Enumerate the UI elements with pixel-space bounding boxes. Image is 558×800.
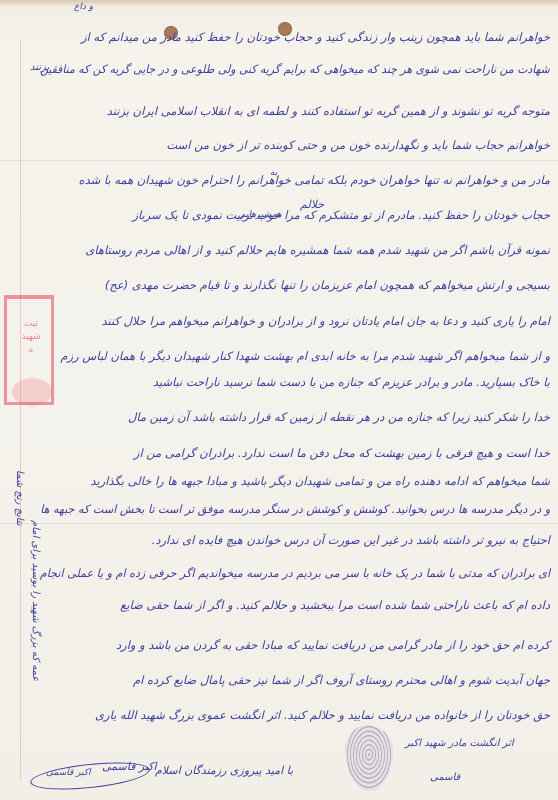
letter-line: متوجه گریه تو نشوند و از همین گریه تو اس… xyxy=(107,104,550,118)
thumbprint-caption-line1: اثر انگشت مادر شهید اکبر xyxy=(405,738,514,749)
letter-line: خدا را شکر کنید زیرا که جنازه من در هر ن… xyxy=(128,410,550,424)
stamp-text: ثبت شهید ه xyxy=(16,318,46,357)
closing-text: با امید پیروزی رزمندگان اسلام xyxy=(155,764,293,777)
paper-fold xyxy=(0,523,558,524)
letter-line: خدا است و هیچ فرقی با زمین بهشت که محل د… xyxy=(134,446,550,460)
letter-line: ای برادران که مدتی با شما در یک خانه با … xyxy=(40,566,550,580)
letter-line: کرده ام حق خود را از مادر گرامی من دریاف… xyxy=(116,638,550,652)
letter-line: شهادت من ناراحت نمی شوی هر چند که میخواه… xyxy=(40,62,550,76)
top-annotation: و داع xyxy=(74,2,93,12)
letter-line: حجاب خودتان را حفظ کنید. مادرم از تو متش… xyxy=(133,208,551,222)
oval-signature-text: اکبر قاسمی xyxy=(46,768,91,778)
letter-line: داده ام که باعث ناراحتی شما شده است مرا … xyxy=(120,598,550,612)
thumbprint xyxy=(345,725,393,791)
letter-line: با خاک بسپارید. مادر و برادر عزیزم که جن… xyxy=(153,375,550,389)
letter-line: خواهرانم حجاب شما باید و نگهدارنده خون م… xyxy=(166,138,550,152)
letter-line: مادر من و خواهرانم نه تنها خواهران خودم … xyxy=(79,173,550,187)
letter-line: احتیاج به نیرو تر داشته باشد در غیر این … xyxy=(152,533,550,547)
thumbprint-caption-line2: قاسمی xyxy=(430,772,460,783)
letter-line: و از شما میخواهم اگر شهید شدم مرا به خان… xyxy=(60,349,550,363)
paper-fold xyxy=(0,160,558,161)
letter-line: شما میخواهم که ادامه دهنده راه من و تمام… xyxy=(90,474,550,488)
letter-line: امام را یاری کنید و دعا به جان امام یادت… xyxy=(101,314,550,328)
letter-line: نمونه قرآن باشم اگر من شهید شدم همه شما … xyxy=(85,243,550,257)
stamp-emblem xyxy=(12,378,52,406)
letter-line: و در دیگر مدرسه ها درس بخوانید. کوشش و ک… xyxy=(40,502,550,516)
letter-line: خواهرانم شما باید همچون زینب وار زندگی ک… xyxy=(81,30,550,44)
left-margin-rule xyxy=(20,40,21,780)
letter-line: جهان آبدیت شوم و اهالی محترم روستای آروف… xyxy=(133,673,550,687)
letter-paper: ثبت شهید ه و داع بزنند همشیرهایم حلالم ب… xyxy=(0,0,558,800)
margin-note-lower: عمه که بزرگ شهید را بوسید برای امام xyxy=(30,520,41,681)
margin-note-upper: نتایج رنج شما xyxy=(14,470,25,526)
letter-line: حق خودتان را از خانواده من دریافت نمایید… xyxy=(95,708,550,722)
letter-line: بسیجی و ارتش میخواهم که همچون امام عزیزم… xyxy=(105,278,550,292)
